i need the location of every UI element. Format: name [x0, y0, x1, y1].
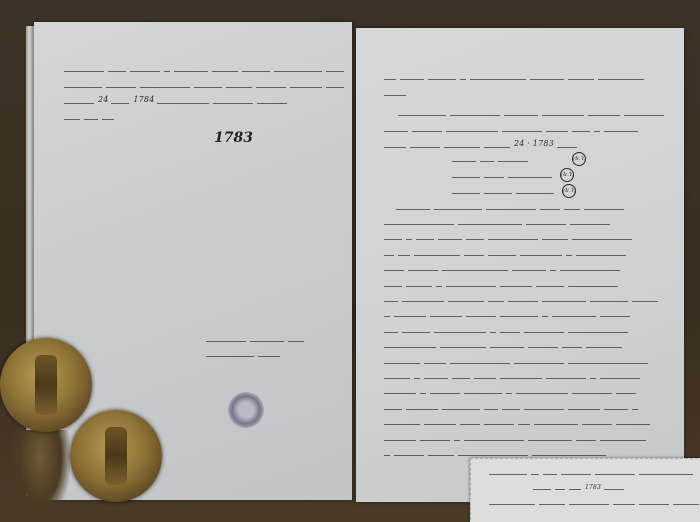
signatory-mark-2: (Ⴑ.Ⴈ)	[560, 168, 574, 182]
right-page: 24 · 1783 (Ⴑ.Ⴈ) (Ⴑ.Ⴈ) (Ⴑ.Ⴈ)	[356, 28, 684, 502]
ink-stamp	[228, 392, 264, 428]
signatory-mark-1: (Ⴑ.Ⴈ)	[572, 152, 586, 166]
signature-block	[206, 334, 326, 358]
intro-date: 24 · 1783	[514, 139, 554, 148]
header-date-year: 1784	[133, 95, 154, 104]
header-date-day: 24	[98, 95, 109, 104]
signatory-mark-3: (Ⴑ.Ⴈ)	[562, 184, 576, 198]
right-body-text	[384, 198, 674, 460]
wax-seal-1	[0, 338, 92, 432]
signatory-list: (Ⴑ.Ⴈ) (Ⴑ.Ⴈ) (Ⴑ.Ⴈ)	[452, 150, 642, 198]
caption-card: 1783	[470, 458, 700, 522]
left-header-text: 24 1784	[64, 60, 344, 124]
caption-year: 1783	[585, 484, 601, 491]
seal-cord-tassel	[10, 430, 70, 520]
right-intro-text: 24 · 1783	[384, 68, 674, 152]
year-mark: 1783	[214, 130, 253, 146]
wax-seal-2	[70, 410, 162, 502]
